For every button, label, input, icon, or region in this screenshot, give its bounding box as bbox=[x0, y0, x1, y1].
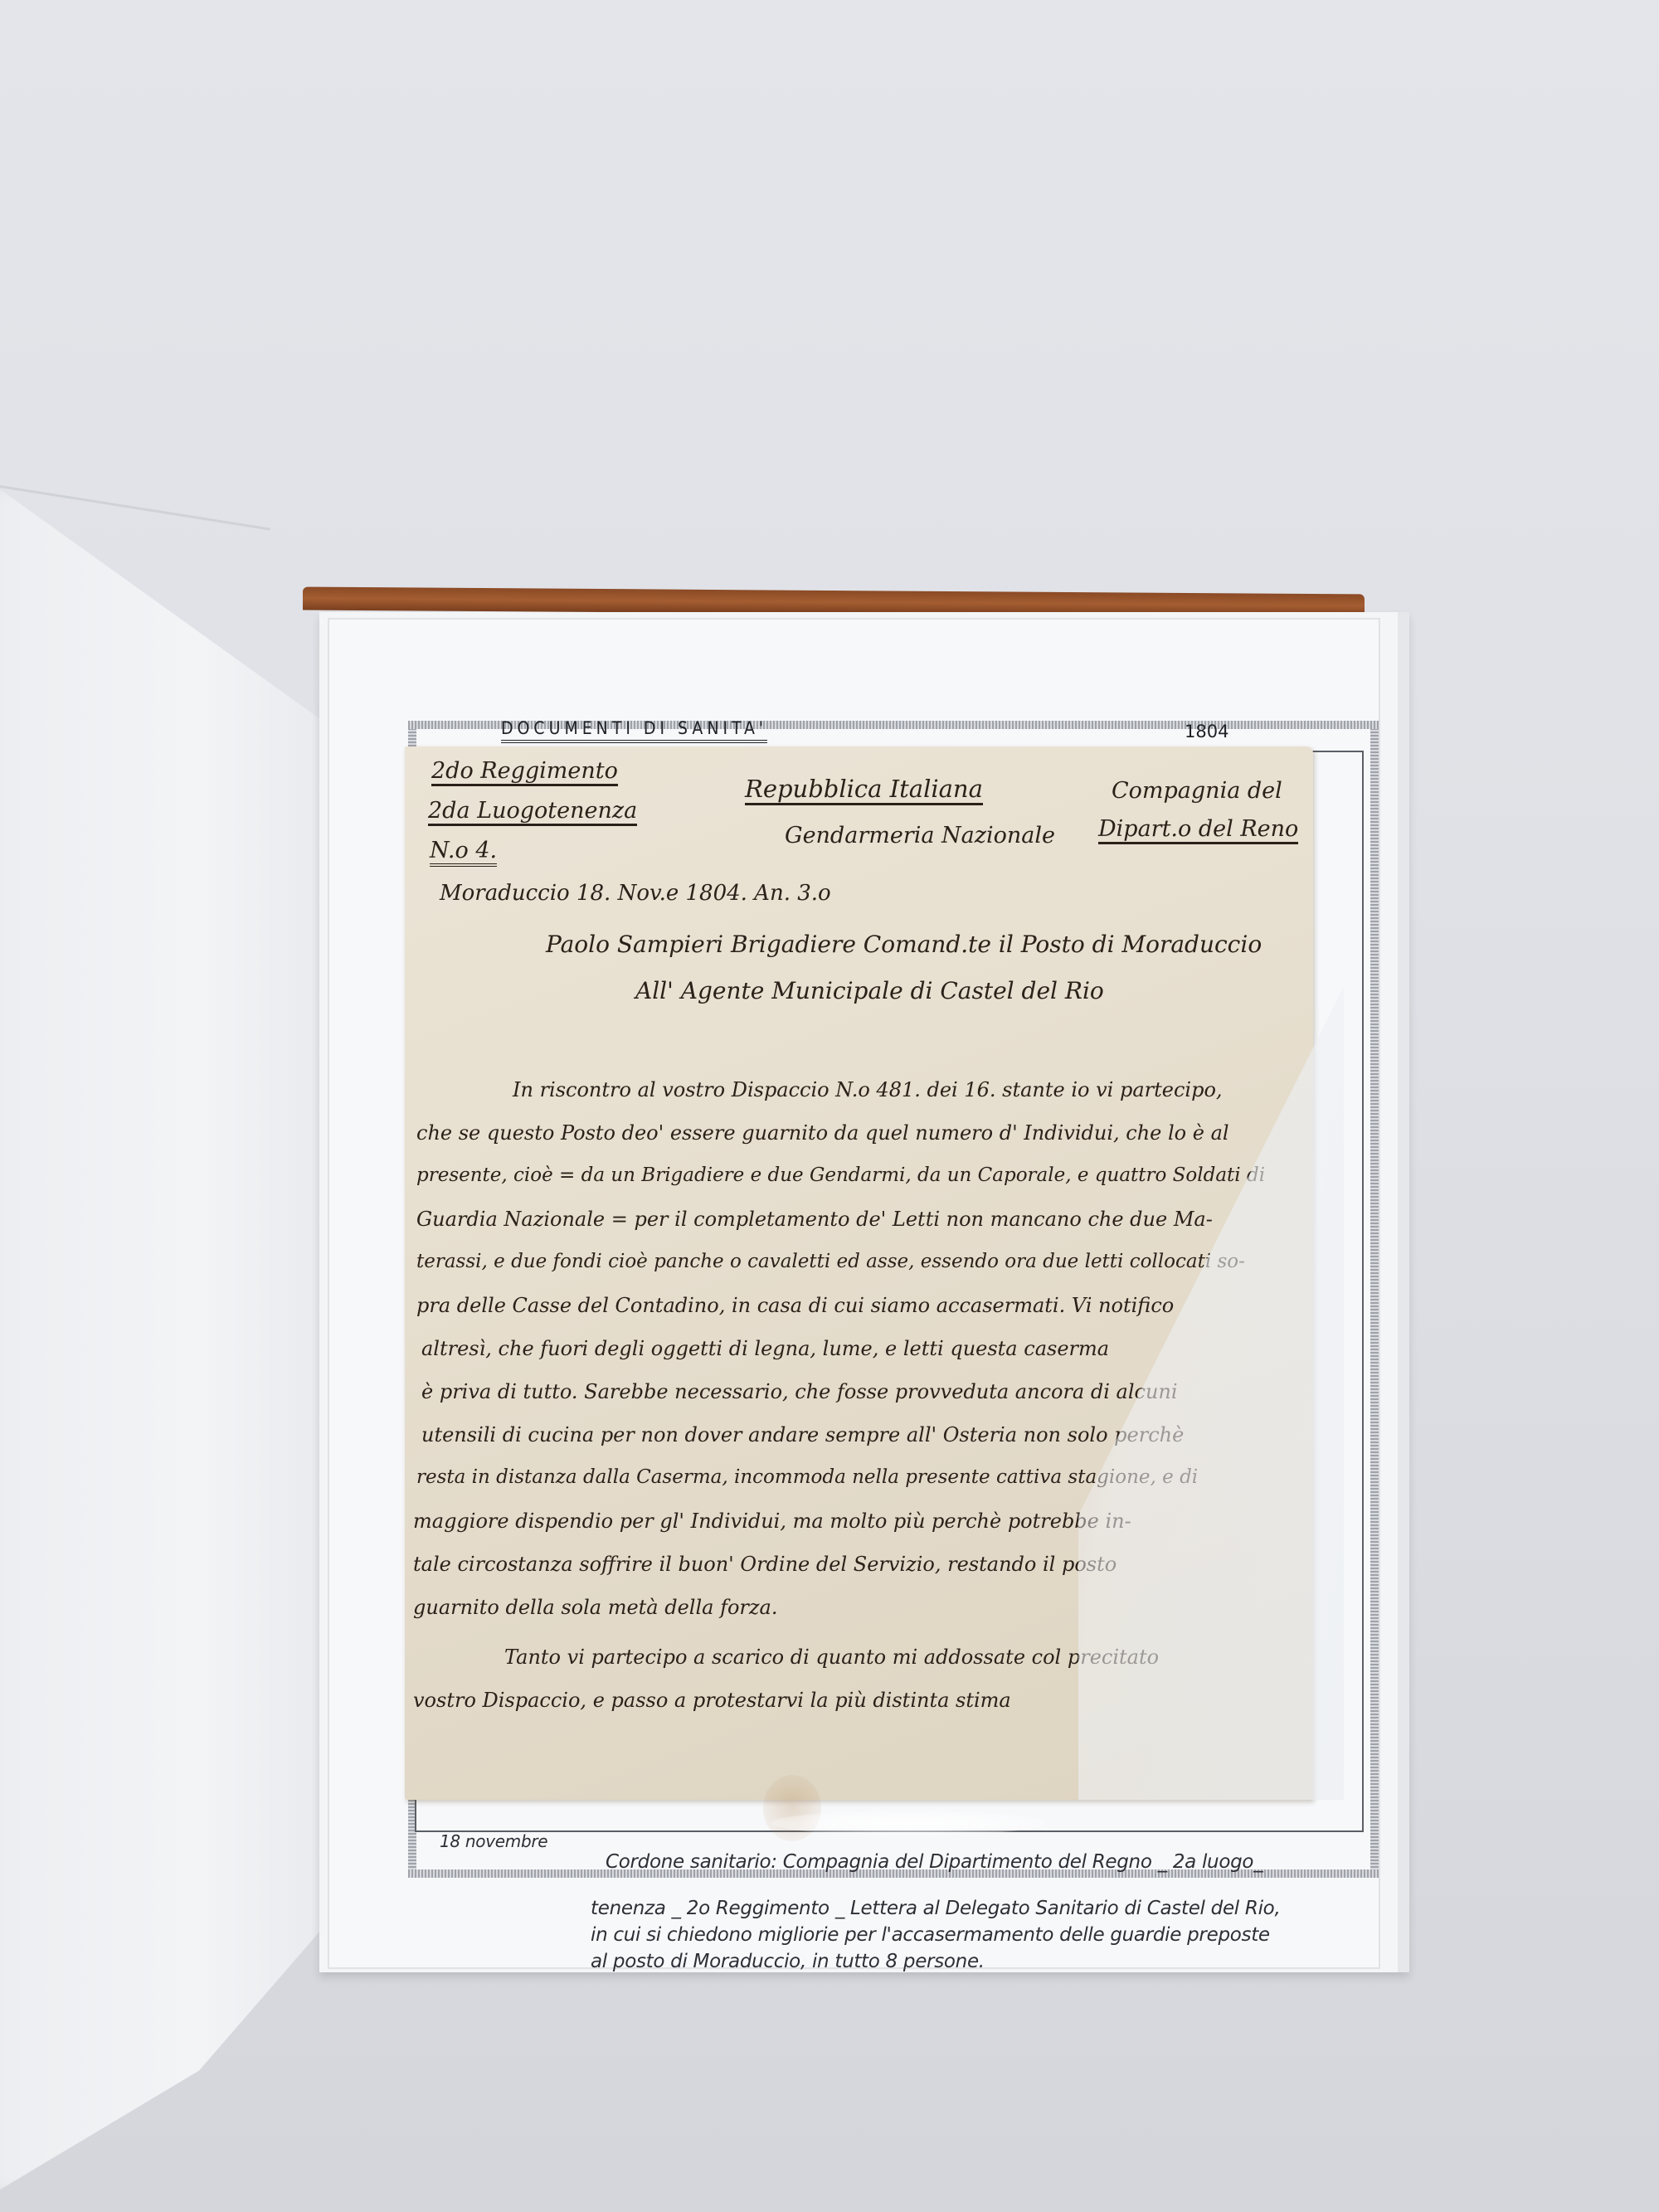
caption-date-note: 18 novembre bbox=[440, 1831, 547, 1851]
letterhead-republic: Repubblica Italiana bbox=[745, 775, 983, 805]
caption-line: in cui si chiedono migliorie per l'accas… bbox=[591, 1924, 1270, 1946]
body-line: che se questo Posto deo' essere guarnito… bbox=[416, 1121, 1229, 1145]
body-line: altresì, che fuori degli oggetti di legn… bbox=[421, 1337, 1109, 1360]
caption-line: tenenza _ 2o Reggimento _ Lettera al Del… bbox=[591, 1898, 1280, 1919]
caption-line: al posto di Moraduccio, in tutto 8 perso… bbox=[591, 1951, 985, 1972]
body-line: guarnito della sola metà della forza. bbox=[413, 1596, 777, 1619]
letterhead-number: N.o 4. bbox=[430, 838, 497, 867]
caption-line: Cordone sanitario: Compagnia del Diparti… bbox=[606, 1851, 1262, 1873]
body-line: presente, cioè = da un Brigadiere e due … bbox=[416, 1164, 1265, 1186]
sender-line: Paolo Sampieri Brigadiere Comand.te il P… bbox=[546, 931, 1262, 958]
body-line: è priva di tutto. Sarebbe necessario, ch… bbox=[421, 1380, 1178, 1403]
body-line: resta in distanza dalla Caserma, incommo… bbox=[416, 1466, 1198, 1488]
body-line: utensili di cucina per non dover andare … bbox=[421, 1423, 1184, 1446]
album-header-year: 1804 bbox=[1185, 722, 1228, 741]
body-line: tale circostanza soffrire il buon' Ordin… bbox=[413, 1553, 1117, 1576]
body-line: pra delle Casse del Contadino, in casa d… bbox=[416, 1294, 1174, 1317]
body-line: vostro Dispaccio, e passo a protestarvi … bbox=[413, 1689, 1011, 1712]
body-line: terassi, e due fondi cioè panche o caval… bbox=[416, 1251, 1245, 1272]
letterhead-company: Compagnia del bbox=[1112, 778, 1282, 804]
letterhead-gendarmeria: Gendarmeria Nazionale bbox=[785, 823, 1055, 848]
place-date: Moraduccio 18. Nov.e 1804. An. 3.o bbox=[440, 881, 831, 906]
recipient-line: All' Agente Municipale di Castel del Rio bbox=[635, 977, 1104, 1004]
light-glare bbox=[771, 1811, 1045, 1835]
turned-sheet-protector bbox=[0, 489, 332, 2190]
letterhead-department: Dipart.o del Reno bbox=[1098, 816, 1298, 844]
letterhead-regiment: 2do Reggimento bbox=[431, 758, 618, 786]
album-header-title: DOCUMENTI DI SANITA' bbox=[501, 718, 767, 743]
letterhead-lieutenancy: 2da Luogotenenza bbox=[428, 798, 637, 826]
body-line: In riscontro al vostro Dispaccio N.o 481… bbox=[513, 1078, 1223, 1101]
body-line: Tanto vi partecipo a scarico di quanto m… bbox=[504, 1646, 1159, 1669]
body-line: maggiore dispendio per gl' Individui, ma… bbox=[413, 1510, 1131, 1533]
body-line: Guardia Nazionale = per il completamento… bbox=[416, 1208, 1213, 1231]
